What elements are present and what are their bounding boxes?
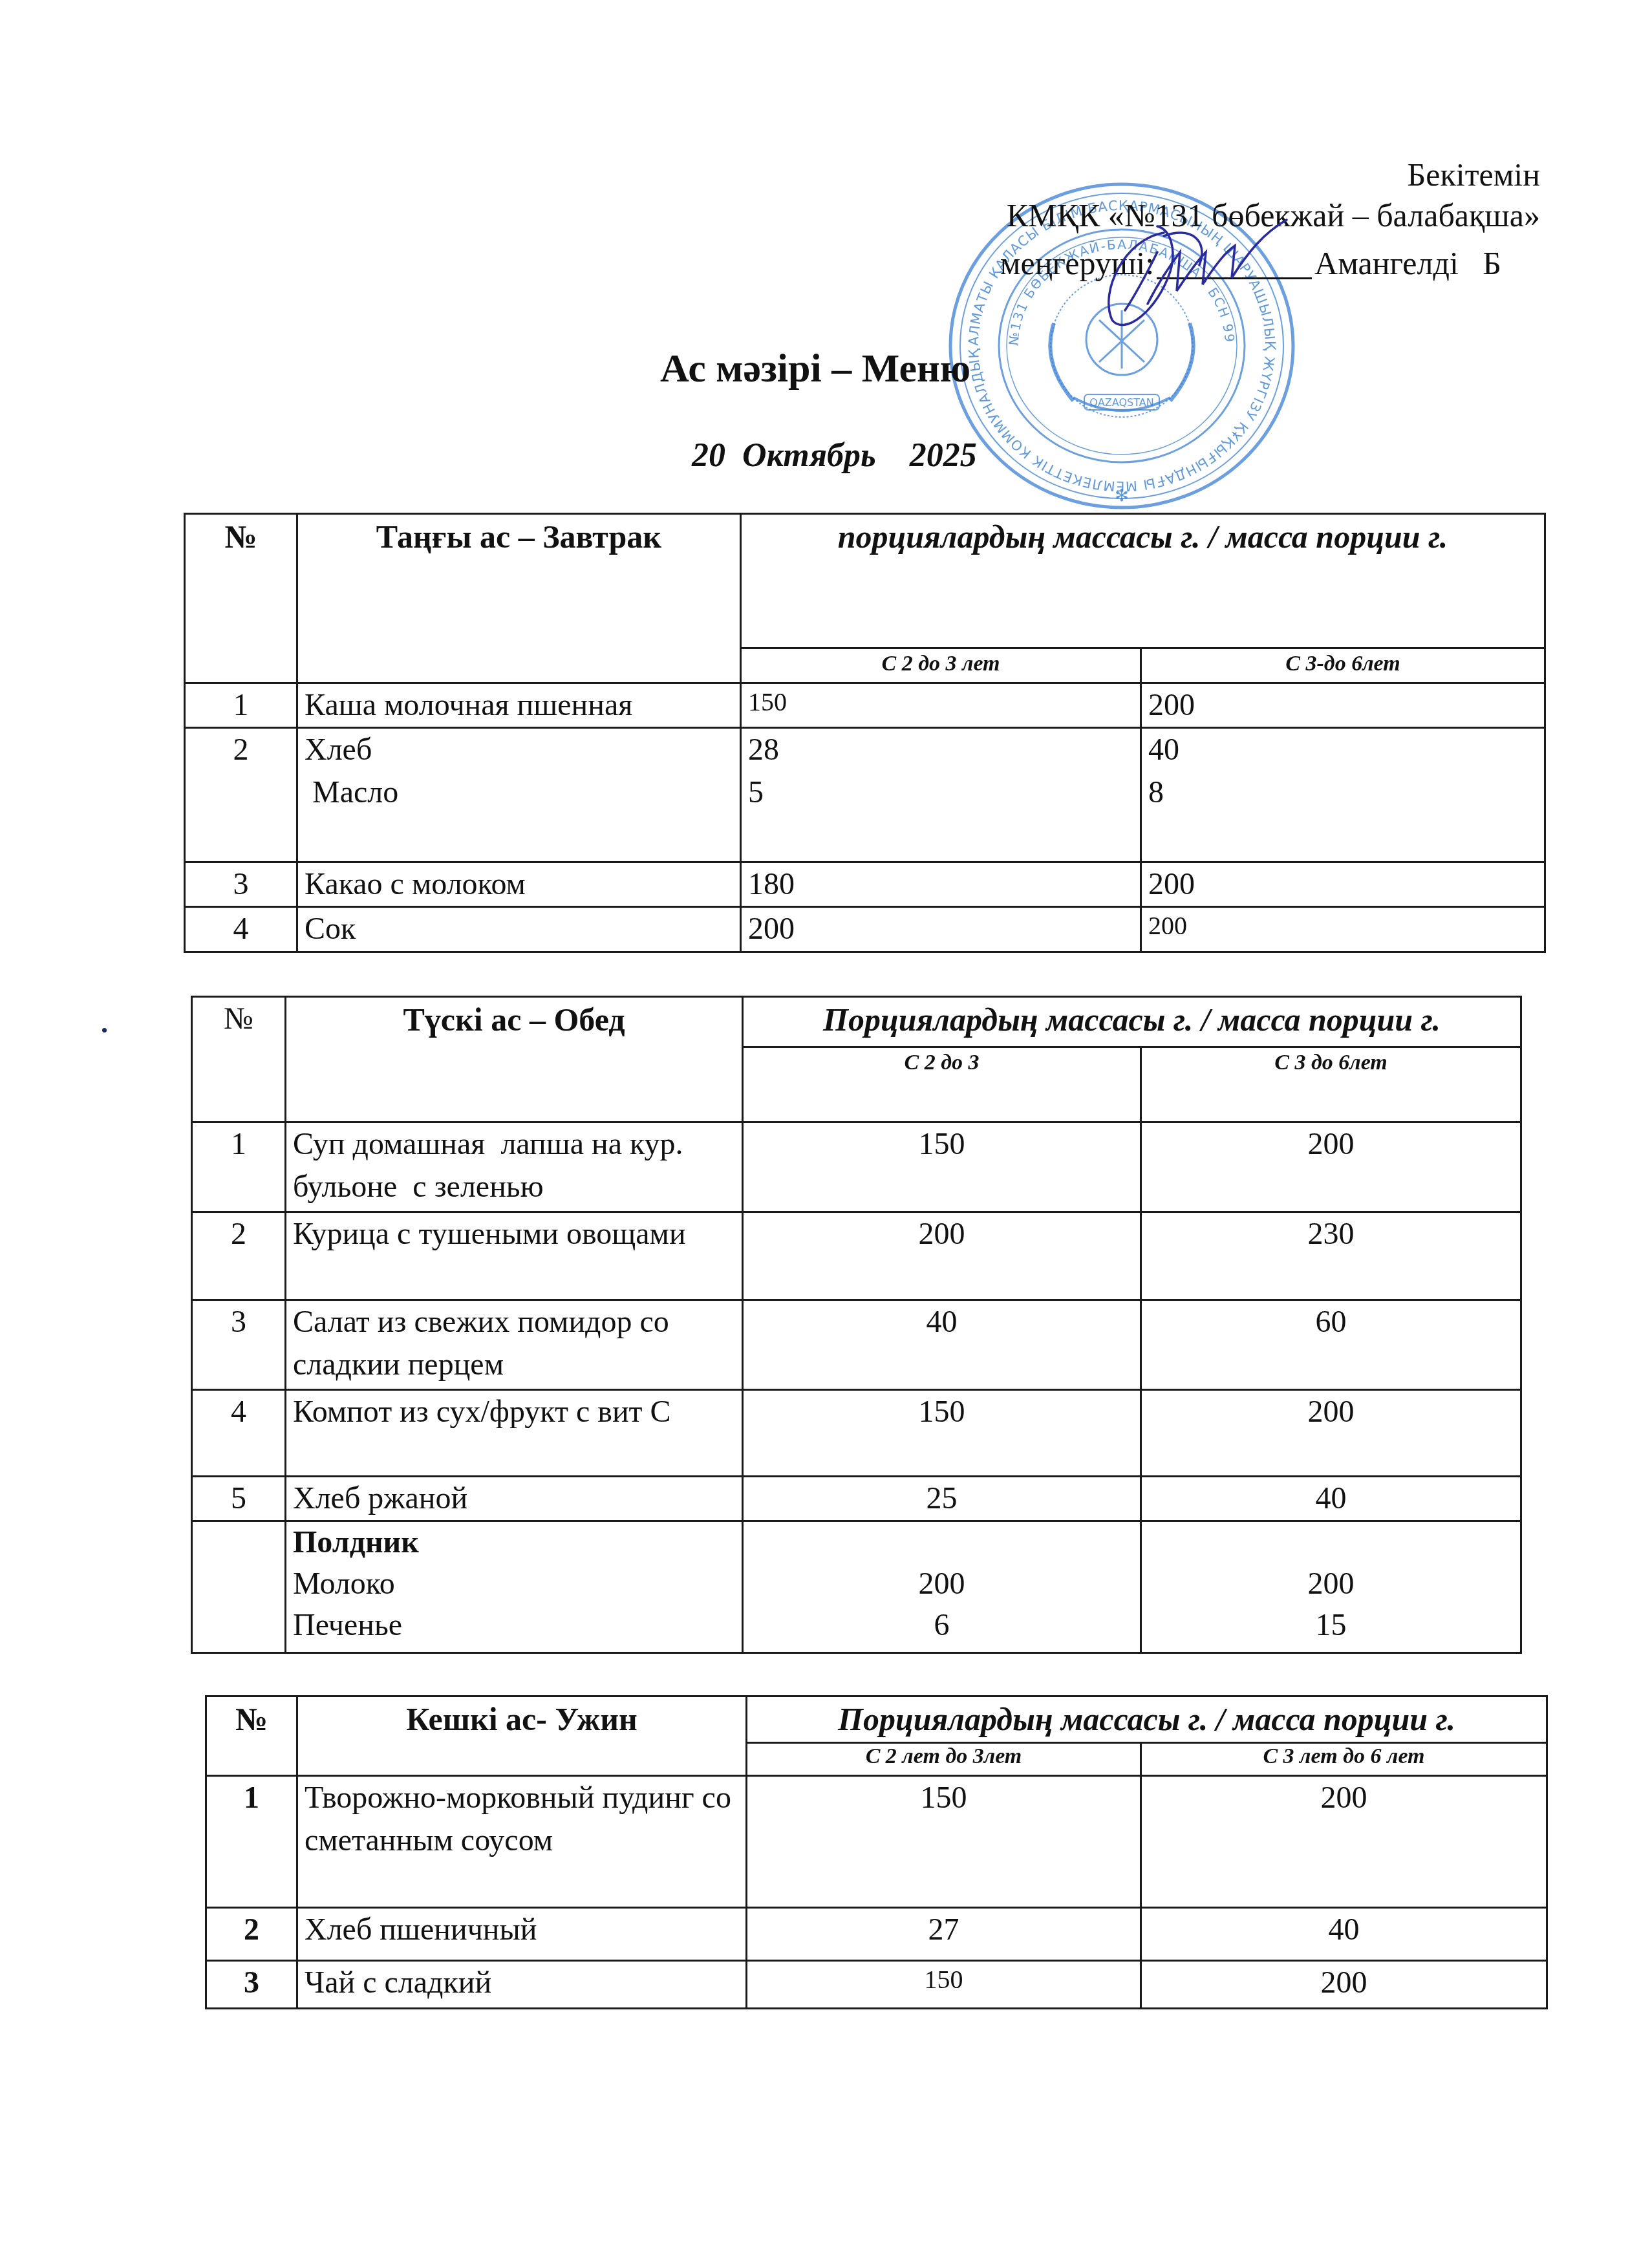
dish-name: Хлеб ржаной: [286, 1477, 743, 1521]
lunch-table: № Түскі ас – Обед Порциялардың массасы г…: [191, 996, 1522, 1654]
dish-name: Каша молочная пшенная: [297, 683, 741, 728]
portion-3-6: 40: [1141, 1908, 1547, 1961]
stamp-emblem-label: QAZAQSTAN: [1089, 396, 1153, 409]
portion-3-6: 230: [1141, 1212, 1521, 1300]
approval-heading: Бекітемін: [1408, 158, 1540, 191]
menu-date: 20 Октябрь 2025: [692, 436, 977, 475]
portion-2-3: 150: [743, 1122, 1141, 1212]
dinner-table: № Кешкі ас- Ужин Порциялардың массасы г.…: [205, 1695, 1548, 2009]
portion-3-6: 200: [1141, 1390, 1521, 1477]
portion-value: 8: [1148, 771, 1537, 814]
row-number: 3: [192, 1300, 286, 1390]
portion-3-6: 40: [1141, 1477, 1521, 1521]
portion-3-6: 200: [1141, 683, 1545, 728]
portion-value: 200: [750, 1563, 1133, 1605]
table-row: 3 Какао с молоком 180 200: [185, 862, 1545, 907]
portion-3-6: 200: [1141, 1776, 1547, 1908]
row-number: 2: [185, 728, 297, 862]
portion-value: 6: [750, 1605, 1133, 1646]
dinner-mass-header: Порциялардың массасы г. / масса порции г…: [747, 1696, 1547, 1743]
dish-name: Сок: [297, 907, 741, 952]
portion-2-3: 200: [743, 1212, 1141, 1300]
row-number: 3: [185, 862, 297, 907]
breakfast-age-2-3: С 2 до 3 лет: [741, 648, 1141, 683]
approval-organization: КМҚК «№131 бөбекжай – балабақша»: [1007, 199, 1540, 231]
table-row: 3 Чай с сладкий 150 200: [206, 1961, 1547, 2009]
snack-row: Полдник Молоко Печенье 200 6 200 15: [192, 1521, 1521, 1653]
breakfast-title: Таңғы ас – Завтрак: [297, 514, 741, 683]
portion-2-3: 27: [747, 1908, 1141, 1961]
lunch-age-2-3: С 2 до 3: [743, 1047, 1141, 1122]
portion-2-3: 25: [743, 1477, 1141, 1521]
portion-value: 200: [1148, 1563, 1514, 1605]
dish-name: Хлеб пшеничный: [297, 1908, 747, 1961]
dish-name: Хлеб Масло: [297, 728, 741, 862]
dish-name: Компот из сух/фрукт с вит С: [286, 1390, 743, 1477]
table-row: 4 Компот из сух/фрукт с вит С 150 200: [192, 1390, 1521, 1477]
snack-items: Полдник Молоко Печенье: [286, 1521, 743, 1653]
table-row: 2 Курица с тушеными овощами 200 230: [192, 1212, 1521, 1300]
row-number: 4: [185, 907, 297, 952]
portion-3-6: 60: [1141, 1300, 1521, 1390]
table-row: 1 Каша молочная пшенная 150 200: [185, 683, 1545, 728]
dinner-age-2-3: С 2 лет до 3лет: [747, 1743, 1141, 1776]
portion-3-6: 200: [1141, 862, 1545, 907]
portion-2-3: 200 6: [743, 1521, 1141, 1653]
dish-name: Какао с молоком: [297, 862, 741, 907]
breakfast-num-header: №: [185, 514, 297, 683]
breakfast-mass-header: порциялардың массасы г. / масса порции г…: [741, 514, 1545, 648]
page-title-text: Ас мәзірі – Меню: [660, 346, 970, 392]
lunch-num-header: №: [192, 997, 286, 1122]
portion-value: 5: [748, 771, 1133, 814]
portion-2-3: 150: [747, 1776, 1141, 1908]
portion-2-3: 40: [743, 1300, 1141, 1390]
breakfast-age-3-6: С 3-до 6лет: [1141, 648, 1545, 683]
portion-value: 15: [1148, 1605, 1514, 1646]
dish-name: Творожно-морковный пудинг со сметанным с…: [297, 1776, 747, 1908]
dish-name: Чай с сладкий: [297, 1961, 747, 2009]
dinner-title: Кешкі ас- Ужин: [297, 1696, 747, 1776]
portion-2-3: 150: [741, 683, 1141, 728]
table-row: 1 Творожно-морковный пудинг со сметанным…: [206, 1776, 1547, 1908]
portion-2-3: 200: [741, 907, 1141, 952]
portion-2-3: 150: [743, 1390, 1141, 1477]
table-row: 2 Хлеб пшеничный 27 40: [206, 1908, 1547, 1961]
row-number: 2: [206, 1908, 297, 1961]
snack-item-name: Печенье: [293, 1605, 735, 1646]
page-title: Ас мәзірі – Меню: [0, 346, 1650, 392]
row-number: 2: [192, 1212, 286, 1300]
dish-line: Масло: [305, 771, 733, 814]
portion-2-3: 180: [741, 862, 1141, 907]
lunch-title: Түскі ас – Обед: [286, 997, 743, 1122]
dish-line: Хлеб: [305, 729, 733, 771]
row-number: 1: [185, 683, 297, 728]
portion-3-6: 200 15: [1141, 1521, 1521, 1653]
breakfast-table: № Таңғы ас – Завтрак порциялардың массас…: [184, 513, 1546, 953]
row-number: 1: [192, 1122, 286, 1212]
stamp-star-icon: ✻: [1115, 486, 1129, 506]
portion-3-6: 408: [1141, 728, 1545, 862]
row-number: 1: [206, 1776, 297, 1908]
scan-speck: [102, 1028, 107, 1032]
portion-3-6: 200: [1141, 1961, 1547, 2009]
portion-3-6: 200: [1141, 1122, 1521, 1212]
portion-value: 28: [748, 729, 1133, 771]
dish-name: Суп домашная лапша на кур. бульоне с зел…: [286, 1122, 743, 1212]
row-number: 4: [192, 1390, 286, 1477]
lunch-age-3-6: С 3 до 6лет: [1141, 1047, 1521, 1122]
approval-signatory: меңгерушi:Амангелді Б: [1000, 247, 1501, 279]
portion-value: 40: [1148, 729, 1537, 771]
dinner-age-3-6: С 3 лет до 6 лет: [1141, 1743, 1547, 1776]
table-row: 2 Хлеб Масло 285 408: [185, 728, 1545, 862]
row-number: 3: [206, 1961, 297, 2009]
dish-name: Курица с тушеными овощами: [286, 1212, 743, 1300]
table-row: 3 Салат из свежих помидор со сладкии пер…: [192, 1300, 1521, 1390]
approval-name: Амангелді Б: [1314, 245, 1501, 281]
table-row: 4 Сок 200 200: [185, 907, 1545, 952]
approval-role: меңгерушi:: [1000, 245, 1154, 281]
lunch-mass-header: Порциялардың массасы г. / масса порции г…: [743, 997, 1521, 1047]
snack-item-name: Молоко: [293, 1563, 735, 1605]
portion-3-6: 200: [1141, 907, 1545, 952]
table-row: 1 Суп домашная лапша на кур. бульоне с з…: [192, 1122, 1521, 1212]
row-number: 5: [192, 1477, 286, 1521]
portion-2-3: 150: [747, 1961, 1141, 2009]
signature-line: [1157, 251, 1312, 279]
portion-2-3: 285: [741, 728, 1141, 862]
table-row: 5 Хлеб ржаной 25 40: [192, 1477, 1521, 1521]
dinner-num-header: №: [206, 1696, 297, 1776]
snack-title: Полдник: [293, 1522, 735, 1563]
row-number-empty: [192, 1521, 286, 1653]
dish-name: Салат из свежих помидор со сладкии перце…: [286, 1300, 743, 1390]
